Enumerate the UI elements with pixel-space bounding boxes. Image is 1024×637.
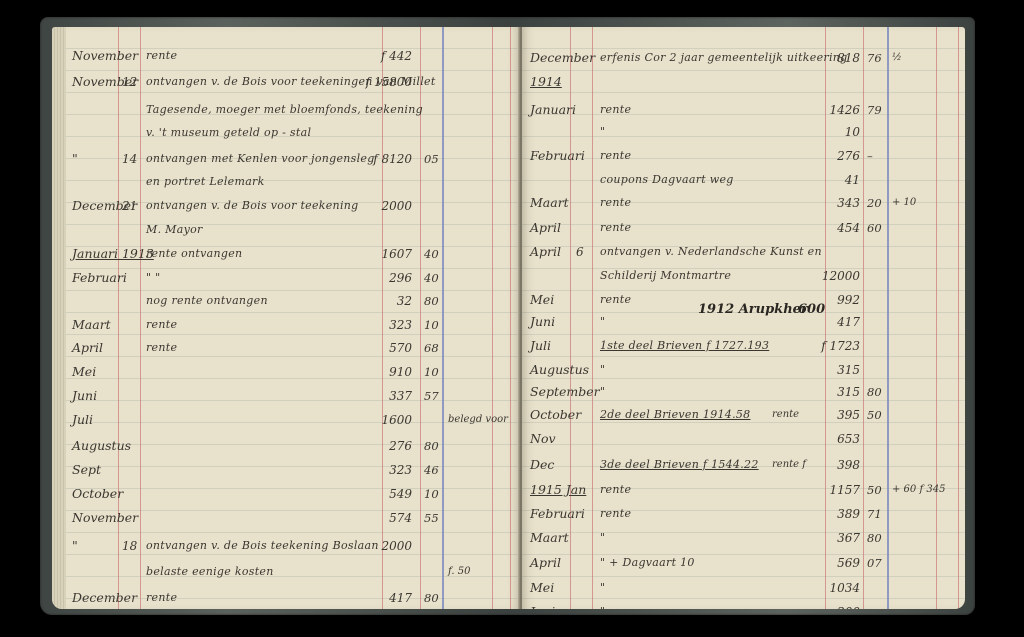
ledger-entry: April" + Dagvaart 1056907 [522, 552, 965, 574]
entry-description: rente [600, 479, 631, 501]
entry-amount: 12000 [784, 265, 860, 287]
entry-month: Januari [530, 99, 576, 121]
entry-note: + 10 [892, 192, 916, 214]
entry-amount: 569 [784, 552, 860, 574]
entry-description: ontvangen v. de Bois voor teekening [146, 195, 359, 217]
entry-description: 2de deel Brieven 1914.58 [600, 404, 750, 426]
entry-description: Schilderij Montmartre [600, 265, 731, 287]
ledger-entry: Mei"1034 [522, 577, 965, 599]
entry-month: Maart [72, 314, 132, 336]
entry-amount: 323 [342, 459, 412, 481]
entry-amount: 910 [342, 361, 412, 383]
entry-amount: 276 [342, 435, 412, 457]
ledger-entry: September"31580 [522, 381, 965, 403]
entry-cents: 68 [424, 337, 439, 359]
entry-cents: 71 [867, 503, 882, 525]
ledger-book: Novemberrentef 442November12ontvangen v.… [40, 17, 975, 615]
inline-annotation-value: 600 [798, 302, 825, 317]
entry-description: rente [146, 314, 177, 336]
entry-cents: 20 [867, 192, 882, 214]
entry-note: ½ [892, 47, 902, 69]
entry-amount: 276 [784, 145, 860, 167]
entry-month: April [530, 217, 561, 239]
entry-cents: 80 [867, 527, 882, 549]
entry-description: Tagesende, moeger met bloemfonds, teeken… [146, 99, 423, 121]
entry-month: 1915 Jan [530, 479, 586, 501]
entry-description: rente [600, 289, 631, 311]
entry-month: Februari [72, 267, 132, 289]
ledger-entry: nog rente ontvangen3280 [52, 290, 520, 312]
entry-amount: 315 [784, 359, 860, 381]
entry-amount: 1034 [784, 577, 860, 599]
entry-cents: 40 [424, 243, 439, 265]
ledger-entry: Mei91010 [52, 361, 520, 383]
entry-description: rente [146, 337, 177, 359]
entry-amount: 323 [342, 314, 412, 336]
entry-amount: 200 [784, 601, 860, 609]
ledger-entry: December21ontvangen v. de Bois voor teek… [52, 195, 520, 217]
entry-amount: 574 [342, 507, 412, 529]
entry-note: + 60 f 345 [892, 479, 945, 501]
ledger-entry: 1914 [522, 71, 965, 93]
ledger-entry: M. Mayor [52, 219, 520, 241]
ledger-entry: belaste eenige kostenf. 50 [52, 561, 520, 583]
ledger-entry: Aprilrente45460 [522, 217, 965, 239]
ledger-entry: Nov653 [522, 428, 965, 450]
entry-month: Nov [530, 428, 556, 450]
ledger-entry: October2de deel Brieven 1914.5839550rent… [522, 404, 965, 426]
entry-cents: 79 [867, 99, 882, 121]
entry-month: Juni [530, 601, 555, 609]
ledger-entry: Decembererfenis Cor 2 jaar gemeentelijk … [522, 47, 965, 69]
ledger-entry: Dec3de deel Brieven f 1544.22398rente f [522, 454, 965, 476]
ledger-entry: Januarirente142679 [522, 99, 965, 121]
ledger-entry: coupons Dagvaart weg41 [522, 169, 965, 191]
entry-month: Augustus [72, 435, 132, 457]
ledger-entry: Februarirente276– [522, 145, 965, 167]
entry-amount: 1607 [342, 243, 412, 265]
entry-amount: 1600 [342, 409, 412, 431]
entry-amount: 337 [342, 385, 412, 407]
ledger-entry: Decemberrente41780 [52, 587, 520, 609]
ledger-entry: April6ontvangen v. Nederlandsche Kunst e… [522, 241, 965, 263]
entry-month: Januari 1913 [72, 243, 132, 265]
ledger-entry: en portret Lelemark [52, 171, 520, 193]
entry-month: Augustus [530, 359, 589, 381]
entry-description: " [600, 381, 605, 403]
entry-month: Juli [530, 335, 551, 357]
entry-month: April [530, 241, 561, 263]
entry-cents: 80 [867, 381, 882, 403]
ledger-entry: Juni"200 [522, 601, 965, 609]
entry-description: belaste eenige kosten [146, 561, 274, 583]
entry-amount: 2000 [342, 535, 412, 557]
ledger-entry: Maartrente32310 [52, 314, 520, 336]
entry-amount: f 8120 [342, 148, 412, 170]
entry-cents: 80 [424, 587, 439, 609]
entry-description: ontvangen met Kenlen voor jongensleg [146, 148, 375, 170]
entry-description: " + Dagvaart 10 [600, 552, 695, 574]
entry-cents: 07 [867, 552, 882, 574]
entry-cents: 80 [424, 435, 439, 457]
ledger-entry: "18ontvangen v. de Bois teekening Boslaa… [52, 535, 520, 557]
ledger-entry: Novemberrentef 442 [52, 45, 520, 67]
entry-amount: 1157 [784, 479, 860, 501]
entry-amount: 549 [342, 483, 412, 505]
ledger-entry: "14ontvangen met Kenlen voor jongenslegf… [52, 148, 520, 170]
entry-cents: 80 [424, 290, 439, 312]
entry-cents: 57 [424, 385, 439, 407]
entry-cents: 46 [424, 459, 439, 481]
ledger-entry: Augustus"315 [522, 359, 965, 381]
entry-day: 14 [122, 148, 137, 170]
left-page: Novemberrentef 442November12ontvangen v.… [52, 27, 520, 609]
entry-description: " " [146, 267, 161, 289]
entry-day: 6 [576, 241, 584, 263]
entry-month: Februari [530, 145, 585, 167]
entry-amount: 389 [784, 503, 860, 525]
ledger-entry: Sept32346 [52, 459, 520, 481]
ledger-entry: Juli1ste deel Brieven f 1727.193f 1723 [522, 335, 965, 357]
entry-cents: 50 [867, 479, 882, 501]
ledger-entry: "10 [522, 121, 965, 143]
ledger-entry: October54910 [52, 483, 520, 505]
entry-cents: 05 [424, 148, 439, 170]
entry-description: coupons Dagvaart weg [600, 169, 734, 191]
entry-note: belegd voor [448, 409, 508, 431]
ledger-entry: Maart"36780 [522, 527, 965, 549]
entry-month: Dec [530, 454, 554, 476]
entry-month: Juni [530, 311, 555, 333]
entry-description: rente ontvangen [146, 243, 242, 265]
entry-note: f. 50 [448, 561, 470, 583]
entry-description: nog rente ontvangen [146, 290, 268, 312]
entry-description: " [600, 359, 605, 381]
entry-day: 12 [122, 71, 137, 93]
ledger-entry: Januari 1913rente ontvangen160740 [52, 243, 520, 265]
entry-month: Maart [530, 192, 569, 214]
entry-month: Maart [530, 527, 569, 549]
entry-month: December [72, 587, 132, 609]
entry-amount: 343 [784, 192, 860, 214]
entry-amount: 32 [342, 290, 412, 312]
entry-cents: 55 [424, 507, 439, 529]
entry-month: 1914 [530, 71, 562, 93]
entry-amount: 570 [342, 337, 412, 359]
entry-month: October [530, 404, 581, 426]
ledger-entry: Aprilrente57068 [52, 337, 520, 359]
entry-month: Mei [530, 577, 554, 599]
ledger-entry: Februari" "29640 [52, 267, 520, 289]
entry-description: " [600, 527, 605, 549]
entry-description: ontvangen v. Nederlandsche Kunst en [600, 241, 822, 263]
entry-day: 18 [122, 535, 137, 557]
entry-amount: f 442 [342, 45, 412, 67]
entry-month: Mei [72, 361, 132, 383]
ledger-entry: v. 't museum geteld op - stal [52, 122, 520, 144]
entry-month: September [530, 381, 600, 403]
entry-amount: f 1723 [784, 335, 860, 357]
ledger-entry: November12ontvangen v. de Bois voor teek… [52, 71, 520, 93]
entry-month: Sept [72, 459, 132, 481]
entry-amount: 41 [784, 169, 860, 191]
entry-description: rente [146, 45, 177, 67]
entry-cents: – [867, 145, 873, 167]
entry-month: November [72, 507, 132, 529]
entry-amount: 367 [784, 527, 860, 549]
ledger-entry: November57455 [52, 507, 520, 529]
entry-description: rente [146, 587, 177, 609]
entry-cents: 60 [867, 217, 882, 239]
entry-description: 3de deel Brieven f 1544.22 [600, 454, 759, 476]
ledger-entry: Juli1600belegd voor [52, 409, 520, 431]
entry-month: April [530, 552, 561, 574]
entry-month: Februari [530, 503, 585, 525]
entry-month: Mei [530, 289, 554, 311]
entry-amount: f 15800 [342, 71, 412, 93]
ledger-entry: 1915 Janrente115750+ 60 f 345 [522, 479, 965, 501]
entry-amount: 454 [784, 217, 860, 239]
entry-month: Juli [72, 409, 132, 431]
right-page: Decembererfenis Cor 2 jaar gemeentelijk … [522, 27, 965, 609]
entry-month: October [72, 483, 132, 505]
entry-amount: 818 [784, 47, 860, 69]
entry-description: rente [600, 192, 631, 214]
entry-description: en portret Lelemark [146, 171, 265, 193]
entry-description: rente [600, 145, 631, 167]
entry-amount: 296 [342, 267, 412, 289]
entry-amount: 1426 [784, 99, 860, 121]
entry-cents: 76 [867, 47, 882, 69]
ledger-entry: Schilderij Montmartre12000 [522, 265, 965, 287]
entry-description: " [600, 601, 605, 609]
entry-cents: 10 [424, 314, 439, 336]
entry-description: rente [600, 503, 631, 525]
entry-cents: 10 [424, 483, 439, 505]
ledger-entry: Februarirente38971 [522, 503, 965, 525]
ledger-entry: Augustus27680 [52, 435, 520, 457]
entry-description: M. Mayor [146, 219, 203, 241]
entry-description: v. 't museum geteld op - stal [146, 122, 311, 144]
entry-month: April [72, 337, 132, 359]
entry-description: rente [600, 99, 631, 121]
entry-cents: 10 [424, 361, 439, 383]
entry-cents: 50 [867, 404, 882, 426]
entry-note: rente [772, 404, 799, 426]
entry-note: rente f [772, 454, 806, 476]
entry-cents: 40 [424, 267, 439, 289]
ledger-entry: Tagesende, moeger met bloemfonds, teeken… [52, 99, 520, 121]
entry-description: rente [600, 217, 631, 239]
entry-description: " [600, 121, 605, 143]
entry-amount: 417 [342, 587, 412, 609]
entry-month: December [530, 47, 595, 69]
entry-description: " [600, 311, 605, 333]
ledger-entry: Maartrente34320+ 10 [522, 192, 965, 214]
entry-month: November [72, 45, 132, 67]
entry-amount: 2000 [342, 195, 412, 217]
entry-description: 1ste deel Brieven f 1727.193 [600, 335, 769, 357]
entry-amount: 315 [784, 381, 860, 403]
entry-description: " [600, 577, 605, 599]
entry-day: 21 [122, 195, 137, 217]
inline-annotation-text: 1912 Arupkher [698, 302, 808, 317]
entry-month: Juni [72, 385, 132, 407]
entry-amount: 10 [784, 121, 860, 143]
ledger-entry: Juni33757 [52, 385, 520, 407]
entry-amount: 653 [784, 428, 860, 450]
